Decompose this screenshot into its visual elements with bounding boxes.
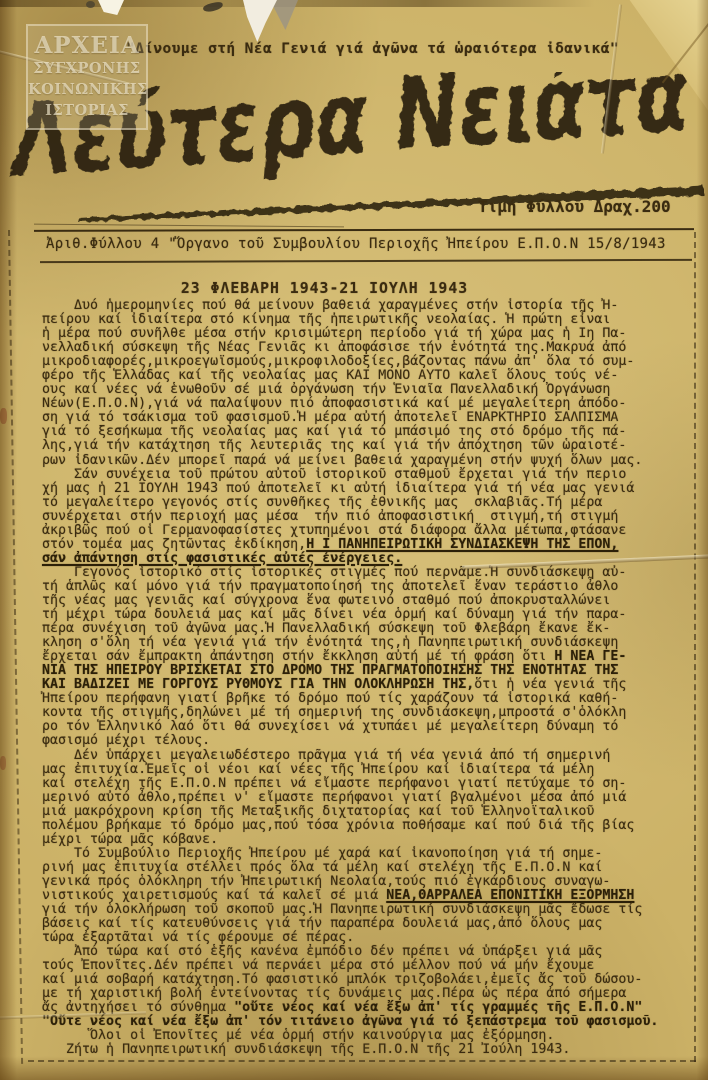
- paper-speck: [86, 1, 95, 8]
- article-paragraph: Δυό ἡμερομηνίες πού θά μείνουν βαθειά χα…: [42, 299, 704, 468]
- edge-stain: [0, 756, 6, 770]
- issue-line: Ἀριθ.Φύλλου 4 "Ὄργανο τοῦ Συμβουλίου Περ…: [46, 236, 666, 252]
- article-paragraph: Ἀπό τώρα καί στό ἑξῆς κανένα ἐμπόδιο δέν…: [42, 945, 704, 1029]
- edge-stain: [0, 408, 7, 424]
- article-paragraph: Ὅλοι οἱ Ἐπονῖτες μέ νέα ὁρμή στήν καινού…: [42, 1029, 704, 1057]
- header-rule: [40, 259, 692, 263]
- frame-left-border: [8, 230, 23, 1064]
- torn-notch: [98, 0, 124, 15]
- article-paragraph: Τό Συμβούλιο Περιοχῆς Ἠπείρου μέ χαρά κα…: [42, 847, 704, 945]
- article-body: Δυό ἡμερομηνίες πού θά μείνουν βαθειά χα…: [42, 299, 704, 1058]
- watermark-line: ΣΥΓΧΡΟΝΗΣ: [28, 59, 146, 79]
- price-label: Τιμή Φύλλου Δραχ.200: [478, 197, 671, 216]
- article-paragraph: Γεγονός ἱστορικό στίς ἱστορικές στιγμές …: [42, 566, 704, 749]
- document-page: "Δίνουμε στή Νέα Γενιά γιά ἀγῶνα τά ὡραι…: [0, 0, 708, 1080]
- watermark-line: ΑΡΧΕΙΑ: [28, 34, 146, 58]
- article-paragraph: Σάν συνέχεια τοῦ πρώτου αὐτοῦ ἱστορικοῦ …: [42, 468, 704, 566]
- watermark-line: ΚΟΙΝΩΝΙΚΗΣ: [28, 80, 146, 100]
- masthead-motto: "Δίνουμε στή Νέα Γενιά γιά ἀγῶνα τά ὡραι…: [126, 41, 619, 57]
- archive-watermark-stamp: ΑΡΧΕΙΑ ΣΥΓΧΡΟΝΗΣ ΚΟΙΝΩΝΙΚΗΣ ΙΣΤΟΡΙΑΣ: [26, 24, 148, 130]
- article-paragraph: Δέν ὑπάρχει μεγαλειωδέστερο πρᾶγμα γιά τ…: [42, 749, 704, 847]
- frame-bottom-border: [28, 1060, 696, 1062]
- torn-notch: [243, 0, 277, 42]
- watermark-line: ΙΣΤΟΡΙΑΣ: [28, 101, 146, 121]
- article-heading: 23 ΦΛΕΒΑΡΗ 1943-21 ΙΟΥΛΗ 1943: [42, 280, 607, 297]
